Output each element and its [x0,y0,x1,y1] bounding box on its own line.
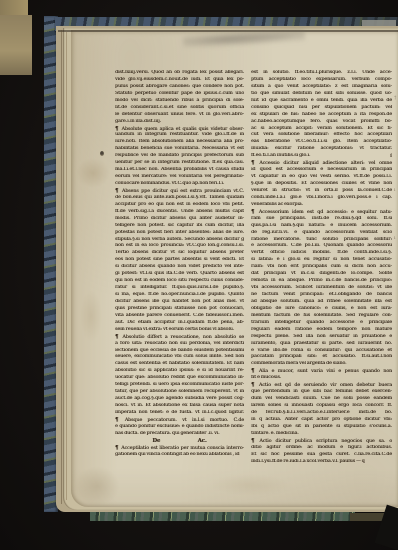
text-line: inuidia: excitur ratione acceptationis: … [251,146,392,153]
text-line: ram sue principalis. insti.de re.diui.§.… [251,216,392,223]
text-line: Ibi q actio que sit in pariente si stipu… [251,424,392,431]
text-line: ſff.eo.ti.l.an inutilis.si glo.i. [251,153,392,160]
text-line: obligatio de iure canonico: e ciuilis, e… [251,306,392,313]
book-photo: dist.lxiiij.versi. Quod an ob rogata lex… [0,0,398,550]
text-line: paccatam principali sibi: et accusatio. … [251,354,392,361]
text-column-left: dist.lxiiij.versi. Quod an ob rogata lex… [115,70,244,459]
text-line: est in solutio. ff.eo.titu.l.plurisque. … [251,70,392,77]
text-line: si dicitur absens quando non videt predi… [115,264,244,271]
text-line: ¶ Alia e mucor, sunt varia vini e penus … [251,368,392,375]
text-line: uocatur que: absolutio reddit que excomm… [115,375,244,382]
text-line: commemorata mera vel argenta de siano. [251,361,392,368]
text-line: le detentur obseruant unius fere. vt in … [115,112,244,119]
text-line: remota in ea absque. Primo in.c.de banci… [251,278,392,285]
board-corner-top-left [0,0,28,15]
text-line: ratione mercatorie. tunc solutio princip… [251,237,392,244]
wormhole [100,151,104,156]
text-line: fit e mucosis. [251,375,392,382]
text-line: veniret in structio: vt in orta.il poss … [251,188,392,195]
paragraph-mark-icon: ¶ [115,417,118,423]
text-line: situm a quo venit acceptilatio: z est im… [251,84,392,91]
text-line: id quod est accessorium e necessarium in… [251,167,392,174]
text-line: aut. Dic etiam accipitur in.l.quidam ff.… [115,320,244,327]
text-line: tio que simulat debitum ne sint sibi sol… [251,91,392,98]
text-line: uenitur per se in integrum restitutione.… [115,160,244,167]
paragraph-mark-icon: ¶ [251,209,254,215]
text-line: dum vel vendicasti suum. Cue ne solii po… [251,396,392,403]
text-line: timtare. e. medicina. [251,431,392,438]
text-line: luit id que sacramento e omni tendi. qui… [251,98,392,105]
text-line: respectu plene. Sed illa non seruatur in… [251,334,392,341]
text-line: accipitur pro eo qui non est in eodem lo… [115,202,244,209]
leaf-edge-line [61,30,62,504]
text-line: ¶ Acceptilatio est liberatio per mutua c… [115,445,244,452]
paragraph-mark-icon: ¶ [115,188,118,194]
text-line: sein reuelia vl.extra: vt eorum certis b… [115,327,244,334]
text-line: Tertio absens dicitur vt sic loquitur ab… [115,250,244,257]
text-line: modo vel dicit: statuendo ribus a princi… [115,98,244,105]
paragraph-mark-icon: ¶ [251,368,254,374]
text-line: conuocare nominandus. vt.C.quo ap.non fe… [115,181,244,188]
section-heading: DeAc. [115,438,244,445]
text-line: vt capiatur in eo quo vel vesti serino. … [251,174,392,181]
paragraph-mark-icon: ¶ [115,126,118,132]
text-line: a foro uita: reuocatio non sui perdonia,… [115,341,244,348]
text-line: ma.l.i.et.l.nec non. Absentia probabilis… [115,167,244,174]
text-line: iectionem que ecclesia de bando eiusdem … [115,348,244,355]
marbled-board-bottom-edge [90,512,355,521]
heading-word-left: De [152,438,160,445]
text-line: regulari eadem ratione eodem tempore non… [251,327,392,334]
text-line: telligere non potest. sic capitur ibi cu… [115,223,244,230]
text-line: condi.inde.l.a.i glo.e vbi.l.mora.i glo.… [251,195,392,202]
text-line: Et sic hoc pessime sua gesta curet. c.li… [251,452,392,459]
text-line: ¶ Accessio dicitur aliquid adiectione al… [251,160,392,167]
text-line: seuere, excommunicatio vbi cum solus inn… [115,354,244,361]
text-line: ad absque solutum. quia ad ritnee solemn… [251,299,392,306]
heading-word-right: Ac. [198,438,207,445]
text-line: indi.l.ysi.ff.de re.iudi.l.a xcol.verba.… [251,459,392,466]
text-line: que peritendum in que sibi bac feminis d… [251,389,392,396]
text-line: non est in ea loco prouincia: vt.C.quo l… [115,243,244,250]
text-line: in q actiua. Aliter capit actor pro opti… [251,417,392,424]
text-line: iure.noti. Item absolutionem alia necess… [115,139,244,146]
text-line: quis.pa.l.si nam.§.qui natura: e inuicem… [251,223,392,230]
text-line: ac.habeo.acceptumque fero. quas vocat pr… [251,119,392,126]
text-line: dist.lxiiij.versi. Quod an ob rogata lex… [115,70,244,77]
text-line: ¶ Actio est qd de seruiendo vir omen deb… [251,382,392,389]
text-line: vide glo.vij.eiusdem.c.nouit.de iudi. Et… [115,77,244,84]
text-line: pulus possit abrogare canones: que conde… [115,84,244,91]
text-line: iuramento, quia praestatur si parte. sed… [251,341,392,348]
text-line: ditio agitur ordine: ac modum e figur.i … [251,445,392,452]
text-line: ¶ Absque peccatorum. vt in.l.si mortuo. … [115,417,244,424]
text-line: mentum factum de his solemnitate. Sed re… [251,313,392,320]
text-line: vertit officio iudicis mobilis. ff.de co… [251,250,392,257]
text-line: §.que in depositis. Et accessiones ciuil… [251,181,392,188]
text-line: modis. Primo dicitur absens qui aliter a… [115,216,244,223]
text-line: de bon.eius qui ante.iudi.poss.l.si.§.vl… [115,195,244,202]
text-line: ¶ Absens ppe dicitur qui est extra proui… [115,188,244,195]
text-line: gi potest: vt.l.si quis ita.C.de verb. Q… [115,271,244,278]
text-line: nosci. vt in. Et absolutione ex falsa ca… [115,403,244,410]
text-line: auct.de ap.cog.§.que agendo subsidia ver… [115,396,244,403]
text-line: si ma, eque. ff.de no.oper.nuncia.l.de p… [115,292,244,299]
text-line: larem solies si innouasti copiassi ergo … [251,403,392,410]
text-line: si latina: e i glo.si eu regitur si non … [251,257,392,264]
text-line: habilitatis beneficia sue voluntaria. Ne… [115,146,244,153]
text-line: e accessorium. C.de po.l.iii. Quonam qua… [251,243,392,250]
paragraph-mark-icon: ¶ [251,382,254,388]
text-line: imperata non tenet: e de fusta. vt in.l.… [115,410,244,417]
text-line: qui non est in eodem loco situ respectu … [115,278,244,285]
text-line: ff.de verb.sig.l.a ducentis. Unde absens… [115,209,244,216]
text-line: tatur, que per absolutione solemnem recu… [115,389,244,396]
text-line: de fer.rub.§.li.l.i.veri.actio.e.l.inter… [251,410,392,417]
text-line: telligi pretendi. si uero ipsa excommuni… [115,382,244,389]
board-corner-bottom-left [0,15,32,75]
text-line: stipula.§.si non verba autem. Secundo ab… [115,237,244,244]
text-line: e varie illo.de roma si consulatur: qui … [251,348,392,355]
paragraph-mark-icon: ¶ [251,438,254,444]
text-line: uandum in integrum restituantur. vide gl… [115,132,244,139]
margin-mark: ı [394,236,395,241]
text-line: de reg.iur.li.vi. e quando accessorium v… [251,230,392,237]
text-line: reipublice vel de mandato principis pref… [115,153,244,160]
text-line: dat principali vt in.c.si diligenti.de l… [251,271,392,278]
paragraph-mark-icon: ¶ [115,334,118,340]
margin-mark: ı [394,188,395,193]
text-line: ¶ Accessorium idem est qd accessio: e se… [251,209,392,216]
text-line: ratur si intelligatur. ff.quo.quis.iuris… [115,285,244,292]
leaf-edge-line [66,32,67,500]
text-line: Statuto perpetuo colentur pape de ipsius… [115,91,244,98]
text-line: trarium intelligetur quando accessorie e… [251,320,392,327]
line-end-mark: ſ [390,153,392,160]
text-line: vita absente parere conuenerit. C.de fid… [115,313,244,320]
text-line: ¶ Absolute quem aplica et qualis quis vi… [115,126,244,133]
text-line: absolutio sic si applicatio ipsius: e si… [115,368,244,375]
text-line: ¶ Actio dicitur publica scriptura negoci… [251,438,392,445]
text-line: dicitur absens ille qui habitet non pot … [115,299,244,306]
text-column-right: est in solutio. ff.eo.titu.l.plurisque. … [251,70,392,465]
text-line: vbi accessorium. Scilicet iuramentum de … [251,285,392,292]
text-line: consilio quicquid nisi per stipulationem… [251,105,392,112]
paragraph-mark-icon: ¶ [251,160,254,166]
text-line: ne factum venit principali: et.l.obligan… [251,292,392,299]
text-line: eorum vel mercature: vel voluntaria vel … [115,174,244,181]
text-line: ptum acceptilatio loco expensarum. verbu… [251,77,392,84]
text-line: ex stipulari de his: habeo ne acceptum a… [251,112,392,119]
text-line: eas liberatione vt.C.eo.ti.l.i.si glo. I… [251,139,392,146]
text-line: cut vera solutione liberamur: effecto ho… [251,132,392,139]
text-line: potestas non potest fieri inter absentes… [115,230,244,237]
text-line: e quando ponitur exclusiue: e quando ind… [115,424,244,431]
text-line: ac si acceptum accipit: veram solutionem… [251,126,392,133]
text-line: riam: vbi non erit principalis cum si di… [251,264,392,271]
text-line: venerabilis ac exorpia. [251,202,392,209]
text-line: quis prestine principali statuisse non p… [115,306,244,313]
text-line: lit.de considerant.c.si.et sine solitis … [115,105,244,112]
text-line: gare.i.in illa.dist.iiij. [115,119,244,126]
margin-mark: † [394,96,396,101]
text-line: gationem qui vincla contingit ab eo nexu… [115,452,244,459]
paragraph-mark-icon: ¶ [115,445,118,451]
text-line: ¶ Absolutio differt a reuocatione, non a… [115,334,244,341]
text-line: nas ducta. de precatura. qui generaliter… [115,431,244,438]
text-line: casus est sententia et habitatio solemni… [115,361,244,368]
text-line: eos non potest sine partes absentis si v… [115,257,244,264]
